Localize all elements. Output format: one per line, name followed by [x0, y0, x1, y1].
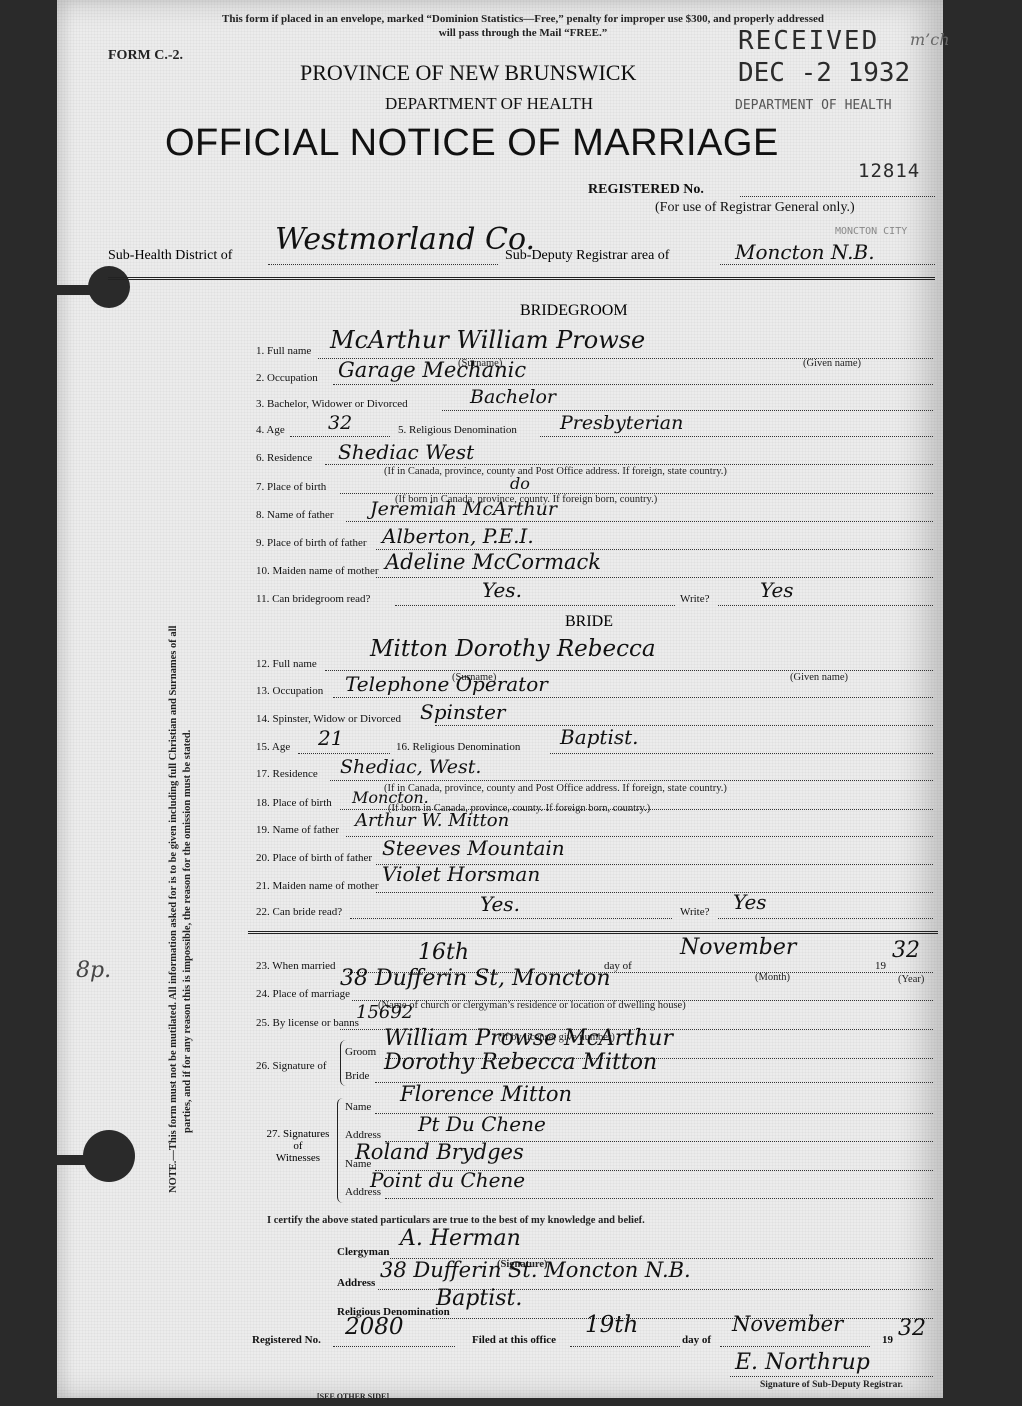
groom-residence-line — [325, 464, 933, 465]
clergyman-religion: Baptist. — [436, 1286, 522, 1311]
form-code: FORM C.-2. — [108, 48, 183, 64]
groom-mother-line — [376, 577, 933, 578]
filing-registered-no: 2080 — [345, 1314, 404, 1340]
groom-age: 32 — [328, 412, 352, 434]
groom-birthplace: do — [510, 474, 530, 493]
groom-write-line — [718, 605, 933, 606]
bride-status: Spinster — [420, 700, 505, 724]
filed-day-of-label: day of — [682, 1334, 711, 1346]
bride-write: Yes — [733, 890, 767, 914]
groom-full-name-label: 1. Full name — [256, 345, 311, 357]
place-of-marriage-label: 24. Place of marriage — [256, 988, 350, 1000]
groom-status-label: 3. Bachelor, Widower or Divorced — [256, 398, 408, 410]
groom-full-name: McArthur William Prowse — [330, 326, 645, 354]
bride-age-label: 15. Age — [256, 741, 290, 753]
certification-statement: I certify the above stated particulars a… — [267, 1215, 645, 1226]
bride-status-line — [435, 725, 933, 726]
header-divider — [108, 277, 935, 280]
bride-residence-label: 17. Residence — [256, 768, 318, 780]
bride-read-label: 22. Can bride read? — [256, 906, 342, 918]
bride-read: Yes. — [480, 892, 520, 916]
groom-father-birth: Alberton, P.E.I. — [382, 524, 534, 548]
filed-year-prefix: 19 — [882, 1334, 893, 1346]
registrar-signature-caption: Signature of Sub-Deputy Registrar. — [760, 1380, 903, 1390]
marriage-year-prefix: 19 — [875, 960, 886, 972]
witnesses-brace — [337, 1098, 344, 1203]
groom-birthplace-label: 7. Place of birth — [256, 481, 326, 493]
groom-signature-label: Groom — [345, 1046, 376, 1058]
received-stamp: RECEIVED — [738, 26, 879, 56]
groom-religion-label: 5. Religious Denomination — [398, 424, 517, 436]
groom-age-line — [290, 436, 390, 437]
groom-read-label: 11. Can bridegroom read? — [256, 593, 370, 605]
groom-religion-line — [540, 436, 933, 437]
groom-father-label: 8. Name of father — [256, 509, 334, 521]
moncton-city-stamp: MONCTON CITY — [835, 226, 907, 237]
groom-read-line — [395, 605, 675, 606]
margin-note-line1: NOTE.—This form must not be mutilated. A… — [167, 626, 181, 1193]
witnesses-label: 27. Signatures of Witnesses — [258, 1128, 338, 1164]
bride-write-line — [718, 918, 933, 919]
groom-occupation: Garage Mechanic — [338, 358, 526, 382]
registrar-only-note: (For use of Registrar General only.) — [655, 200, 855, 216]
bride-father-birth-label: 20. Place of birth of father — [256, 852, 372, 864]
marriage-year: 32 — [892, 938, 920, 963]
bride-religion-line — [550, 753, 933, 754]
marriage-day: 16th — [418, 940, 469, 965]
bride-occupation-label: 13. Occupation — [256, 685, 323, 697]
license-label: 25. By license or banns — [256, 1017, 359, 1029]
witness-2-address: Point du Chene — [370, 1168, 525, 1192]
bride-mother-label: 21. Maiden name of mother — [256, 880, 379, 892]
registrar-signature: E. Northrup — [735, 1350, 870, 1375]
filed-month-line — [720, 1346, 870, 1347]
bride-religion: Baptist. — [560, 725, 639, 749]
bride-occupation-line — [333, 697, 933, 698]
received-date-stamp: DEC -2 1932 — [738, 58, 910, 88]
witness-1-address: Pt Du Chene — [418, 1112, 546, 1136]
registered-number-stamp: 12814 — [858, 160, 920, 182]
clergyman-address-label: Address — [337, 1277, 375, 1289]
bride-birthplace-label: 18. Place of birth — [256, 797, 332, 809]
groom-read: Yes. — [482, 578, 522, 602]
groom-write-label: Write? — [680, 593, 709, 605]
document-title: OFFICIAL NOTICE OF MARRIAGE — [165, 122, 779, 165]
bride-status-label: 14. Spinster, Widow or Divorced — [256, 713, 401, 725]
bride-write-label: Write? — [680, 906, 709, 918]
received-annotation: m’ch — [910, 30, 950, 49]
groom-status: Bachelor — [470, 386, 556, 408]
witness-1-name: Florence Mitton — [400, 1082, 572, 1106]
bride-read-line — [350, 918, 672, 919]
groom-residence-caption: (If in Canada, province, county and Post… — [384, 466, 727, 477]
groom-mother: Adeline McCormack — [385, 550, 601, 574]
bride-full-name-label: 12. Full name — [256, 658, 317, 670]
department-title: DEPARTMENT OF HEALTH — [385, 94, 593, 114]
filed-year: 32 — [898, 1316, 926, 1341]
groom-father: Jeremiah McArthur — [370, 498, 557, 520]
groom-father-birth-label: 9. Place of birth of father — [256, 537, 367, 549]
bride-full-name-line — [325, 670, 933, 671]
groom-signature: William Prowse McArthur — [384, 1026, 673, 1051]
filed-month: November — [732, 1312, 843, 1336]
clergyman-signature: A. Herman — [400, 1226, 521, 1251]
province-title: PROVINCE OF NEW BRUNSWICK — [300, 60, 636, 86]
bride-father: Arthur W. Mitton — [355, 810, 509, 831]
bride-mother-line — [376, 892, 933, 893]
license-number: 15692 — [356, 1002, 413, 1023]
year-caption: (Year) — [898, 974, 924, 985]
bride-age-line — [298, 753, 390, 754]
witness-2-name: Roland Brydges — [355, 1140, 524, 1164]
filed-at-office-label: Filed at this office — [472, 1334, 556, 1346]
sub-deputy-area-label: Sub-Deputy Registrar area of — [505, 248, 669, 264]
when-married-label: 23. When married — [256, 960, 336, 972]
mail-notice-line1: This form if placed in an envelope, mark… — [108, 12, 938, 26]
bride-residence-caption: (If in Canada, province, county and Post… — [384, 783, 727, 794]
bride-residence: Shediac, West. — [340, 756, 481, 778]
bride-father-birth: Steeves Mountain — [382, 836, 565, 860]
bride-given-caption: (Given name) — [790, 672, 848, 683]
groom-occupation-label: 2. Occupation — [256, 372, 318, 384]
witnesses-label-line2: of — [258, 1140, 338, 1152]
clergyman-address: 38 Dufferin St. Moncton N.B. — [380, 1258, 691, 1282]
clergyman-label: Clergyman — [337, 1246, 390, 1258]
sub-health-district-label: Sub-Health District of — [108, 248, 232, 264]
bride-signature: Dorothy Rebecca Mitton — [384, 1050, 657, 1075]
groom-age-label: 4. Age — [256, 424, 285, 436]
filing-registered-no-line — [333, 1346, 455, 1347]
witnesses-label-line1: 27. Signatures — [258, 1128, 338, 1140]
signature-of-label: 26. Signature of — [256, 1060, 327, 1072]
sub-health-district-field-line — [268, 264, 498, 265]
binder-hole-top — [88, 266, 130, 308]
bride-heading: BRIDE — [565, 613, 613, 631]
month-caption: (Month) — [755, 972, 790, 983]
groom-religion: Presbyterian — [560, 412, 683, 434]
registrar-signature-line — [730, 1376, 933, 1377]
sub-deputy-area-field-line — [720, 264, 935, 265]
clergyman-religion-line — [430, 1318, 933, 1319]
bride-section-divider — [248, 931, 938, 934]
groom-given-caption: (Given name) — [803, 358, 861, 369]
sub-deputy-area-value: Moncton N.B. — [735, 240, 875, 264]
groom-occupation-line — [333, 384, 933, 385]
bride-residence-line — [330, 780, 933, 781]
groom-write: Yes — [760, 578, 794, 602]
witness-2-address-line — [385, 1198, 933, 1199]
groom-mother-label: 10. Maiden name of mother — [256, 565, 379, 577]
filed-day-line — [570, 1346, 680, 1347]
place-of-marriage: 38 Dufferin St, Moncton — [340, 966, 611, 991]
margin-note: NOTE.—This form must not be mutilated. A… — [167, 626, 195, 1193]
groom-residence-label: 6. Residence — [256, 452, 312, 464]
bride-occupation: Telephone Operator — [345, 672, 548, 696]
sub-health-district-value: Westmorland Co. — [275, 222, 535, 257]
marriage-month: November — [680, 935, 796, 960]
filing-registered-no-label: Registered No. — [252, 1334, 321, 1346]
see-other-side-note: [SEE OTHER SIDE] — [317, 1392, 389, 1401]
groom-status-line — [442, 410, 933, 411]
bride-signature-label: Bride — [345, 1070, 369, 1082]
margin-note-line2: parties, and if for any reason this is i… — [181, 626, 195, 1193]
binder-hole-bottom — [83, 1130, 135, 1182]
registered-no-field — [740, 196, 935, 197]
place-caption: (Name of church or clergyman’s residence… — [378, 1000, 686, 1011]
registered-no-label: REGISTERED No. — [588, 182, 704, 198]
filed-day: 19th — [585, 1312, 638, 1338]
pencil-note: 8p. — [76, 958, 111, 983]
bride-mother: Violet Horsman — [382, 862, 540, 886]
bride-religion-label: 16. Religious Denomination — [396, 741, 520, 753]
bridegroom-heading: BRIDEGROOM — [520, 302, 628, 320]
witnesses-label-line3: Witnesses — [258, 1152, 338, 1164]
groom-residence: Shediac West — [338, 440, 474, 464]
bride-full-name: Mitton Dorothy Rebecca — [370, 636, 656, 662]
groom-father-line — [346, 521, 933, 522]
witness-1-name-label: Name — [345, 1101, 371, 1113]
department-stamp: DEPARTMENT OF HEALTH — [735, 98, 892, 113]
bride-father-label: 19. Name of father — [256, 824, 339, 836]
bride-age: 21 — [318, 726, 343, 750]
